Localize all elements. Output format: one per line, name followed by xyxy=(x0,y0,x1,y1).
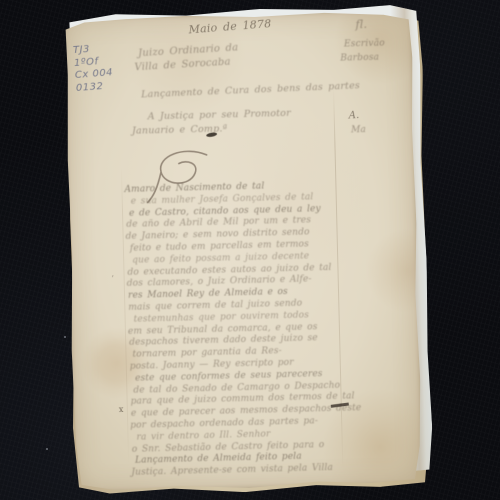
margin-mark-ma: Ma xyxy=(351,125,366,135)
stamp-line-4: 0132 xyxy=(76,80,115,95)
right-margin-note2: Barbosa xyxy=(340,53,379,64)
margin-check-mark: , xyxy=(111,269,114,278)
margin-mark-a: A. xyxy=(349,110,360,121)
dust-speck xyxy=(64,336,66,338)
dust-speck xyxy=(46,448,48,450)
archival-stamp: TJ3 1ºOf Cx 004 0132 xyxy=(73,42,115,95)
margin-check-mark: x xyxy=(119,405,124,414)
folio-mark: fl. xyxy=(355,18,367,31)
party-line1: A Justiça por seu Promotor xyxy=(148,108,291,122)
manuscript-page: TJ3 1ºOf Cx 004 0132 Maio de 1878 Juizo … xyxy=(63,10,422,492)
date-line: Maio de 1878 xyxy=(188,17,272,36)
right-margin-note1: Escrivão xyxy=(344,38,385,49)
photograph-background: TJ3 1ºOf Cx 004 0132 Maio de 1878 Juizo … xyxy=(0,0,500,500)
subject-line: Lançamento de Cura dos bens das partes xyxy=(141,80,360,100)
ink-blot xyxy=(206,132,218,138)
court-title-line2: Villa de Sorocaba xyxy=(134,57,231,74)
